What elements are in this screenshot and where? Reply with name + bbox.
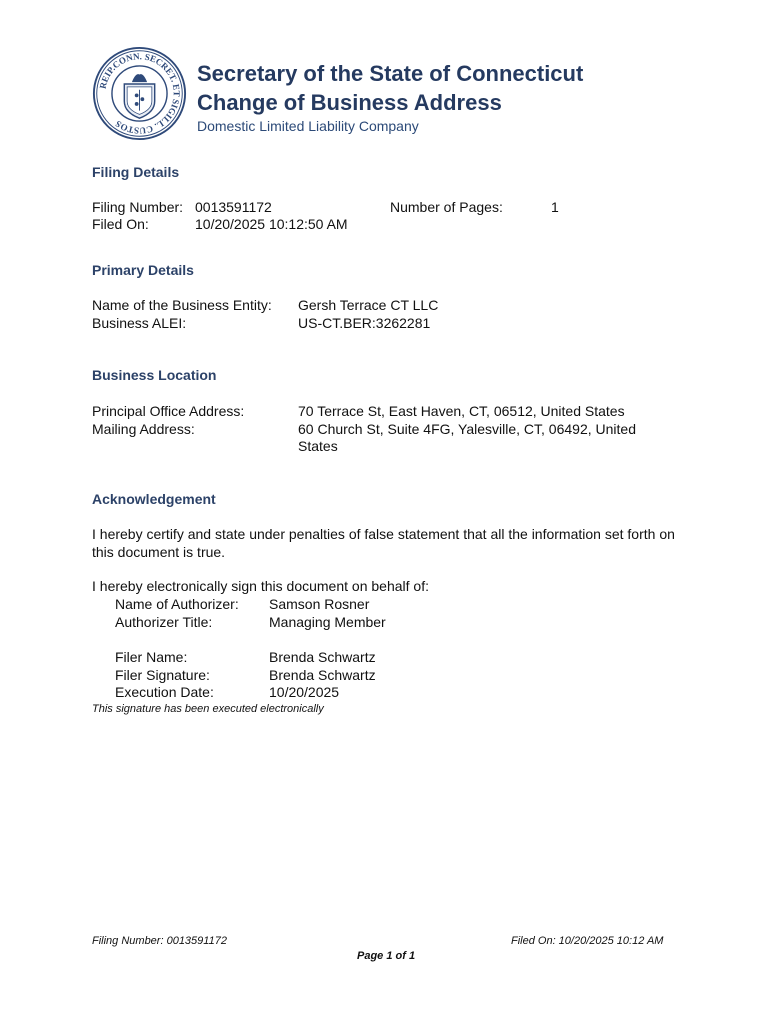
execution-date-label: Execution Date:	[115, 684, 214, 700]
filer-name-value: Brenda Schwartz	[269, 649, 376, 665]
authorizer-title-label: Authorizer Title:	[115, 614, 212, 630]
electronic-signature-note: This signature has been executed electro…	[92, 703, 324, 715]
authorizer-name-value: Samson Rosner	[269, 596, 369, 612]
authorizer-name-label: Name of Authorizer:	[115, 596, 239, 612]
business-location-heading: Business Location	[92, 367, 216, 383]
filer-signature-label: Filer Signature:	[115, 667, 210, 683]
alei-value: US-CT.BER:3262281	[298, 315, 430, 331]
subtitle: Domestic Limited Liability Company	[197, 118, 419, 134]
pages-label: Number of Pages:	[390, 199, 503, 215]
primary-details-heading: Primary Details	[92, 262, 194, 278]
footer-filed-on: Filed On: 10/20/2025 10:12 AM	[511, 935, 663, 947]
filing-number-label: Filing Number:	[92, 199, 183, 215]
certify-line-2: this document is true.	[92, 544, 225, 560]
filed-on-label: Filed On:	[92, 216, 149, 232]
acknowledgement-heading: Acknowledgement	[92, 491, 216, 507]
authorizer-title-value: Managing Member	[269, 614, 386, 630]
title-line-2: Change of Business Address	[197, 90, 502, 116]
filer-signature-value: Brenda Schwartz	[269, 667, 376, 683]
filing-details-heading: Filing Details	[92, 164, 179, 180]
entity-name-label: Name of the Business Entity:	[92, 297, 272, 313]
certify-line-1: I hereby certify and state under penalti…	[92, 526, 675, 542]
filer-name-label: Filer Name:	[115, 649, 187, 665]
entity-name-value: Gersh Terrace CT LLC	[298, 297, 438, 313]
principal-address-label: Principal Office Address:	[92, 403, 244, 419]
state-seal-icon: REIP.CONN. SECRET. ET SIGILL. CUSTOS	[91, 46, 188, 141]
execution-date-value: 10/20/2025	[269, 684, 339, 700]
title-line-1: Secretary of the State of Connecticut	[197, 61, 583, 87]
filing-number-value: 0013591172	[195, 199, 272, 215]
filed-on-value: 10/20/2025 10:12:50 AM	[195, 216, 348, 232]
footer-filing-number: Filing Number: 0013591172	[92, 935, 227, 947]
sign-intro: I hereby electronically sign this docume…	[92, 578, 429, 594]
footer-page-number: Page 1 of 1	[357, 950, 415, 962]
alei-label: Business ALEI:	[92, 315, 186, 331]
mailing-address-line-2: States	[298, 438, 338, 454]
pages-value: 1	[551, 199, 559, 215]
mailing-address-label: Mailing Address:	[92, 421, 195, 437]
mailing-address-line-1: 60 Church St, Suite 4FG, Yalesville, CT,…	[298, 421, 636, 437]
principal-address-value: 70 Terrace St, East Haven, CT, 06512, Un…	[298, 403, 625, 419]
